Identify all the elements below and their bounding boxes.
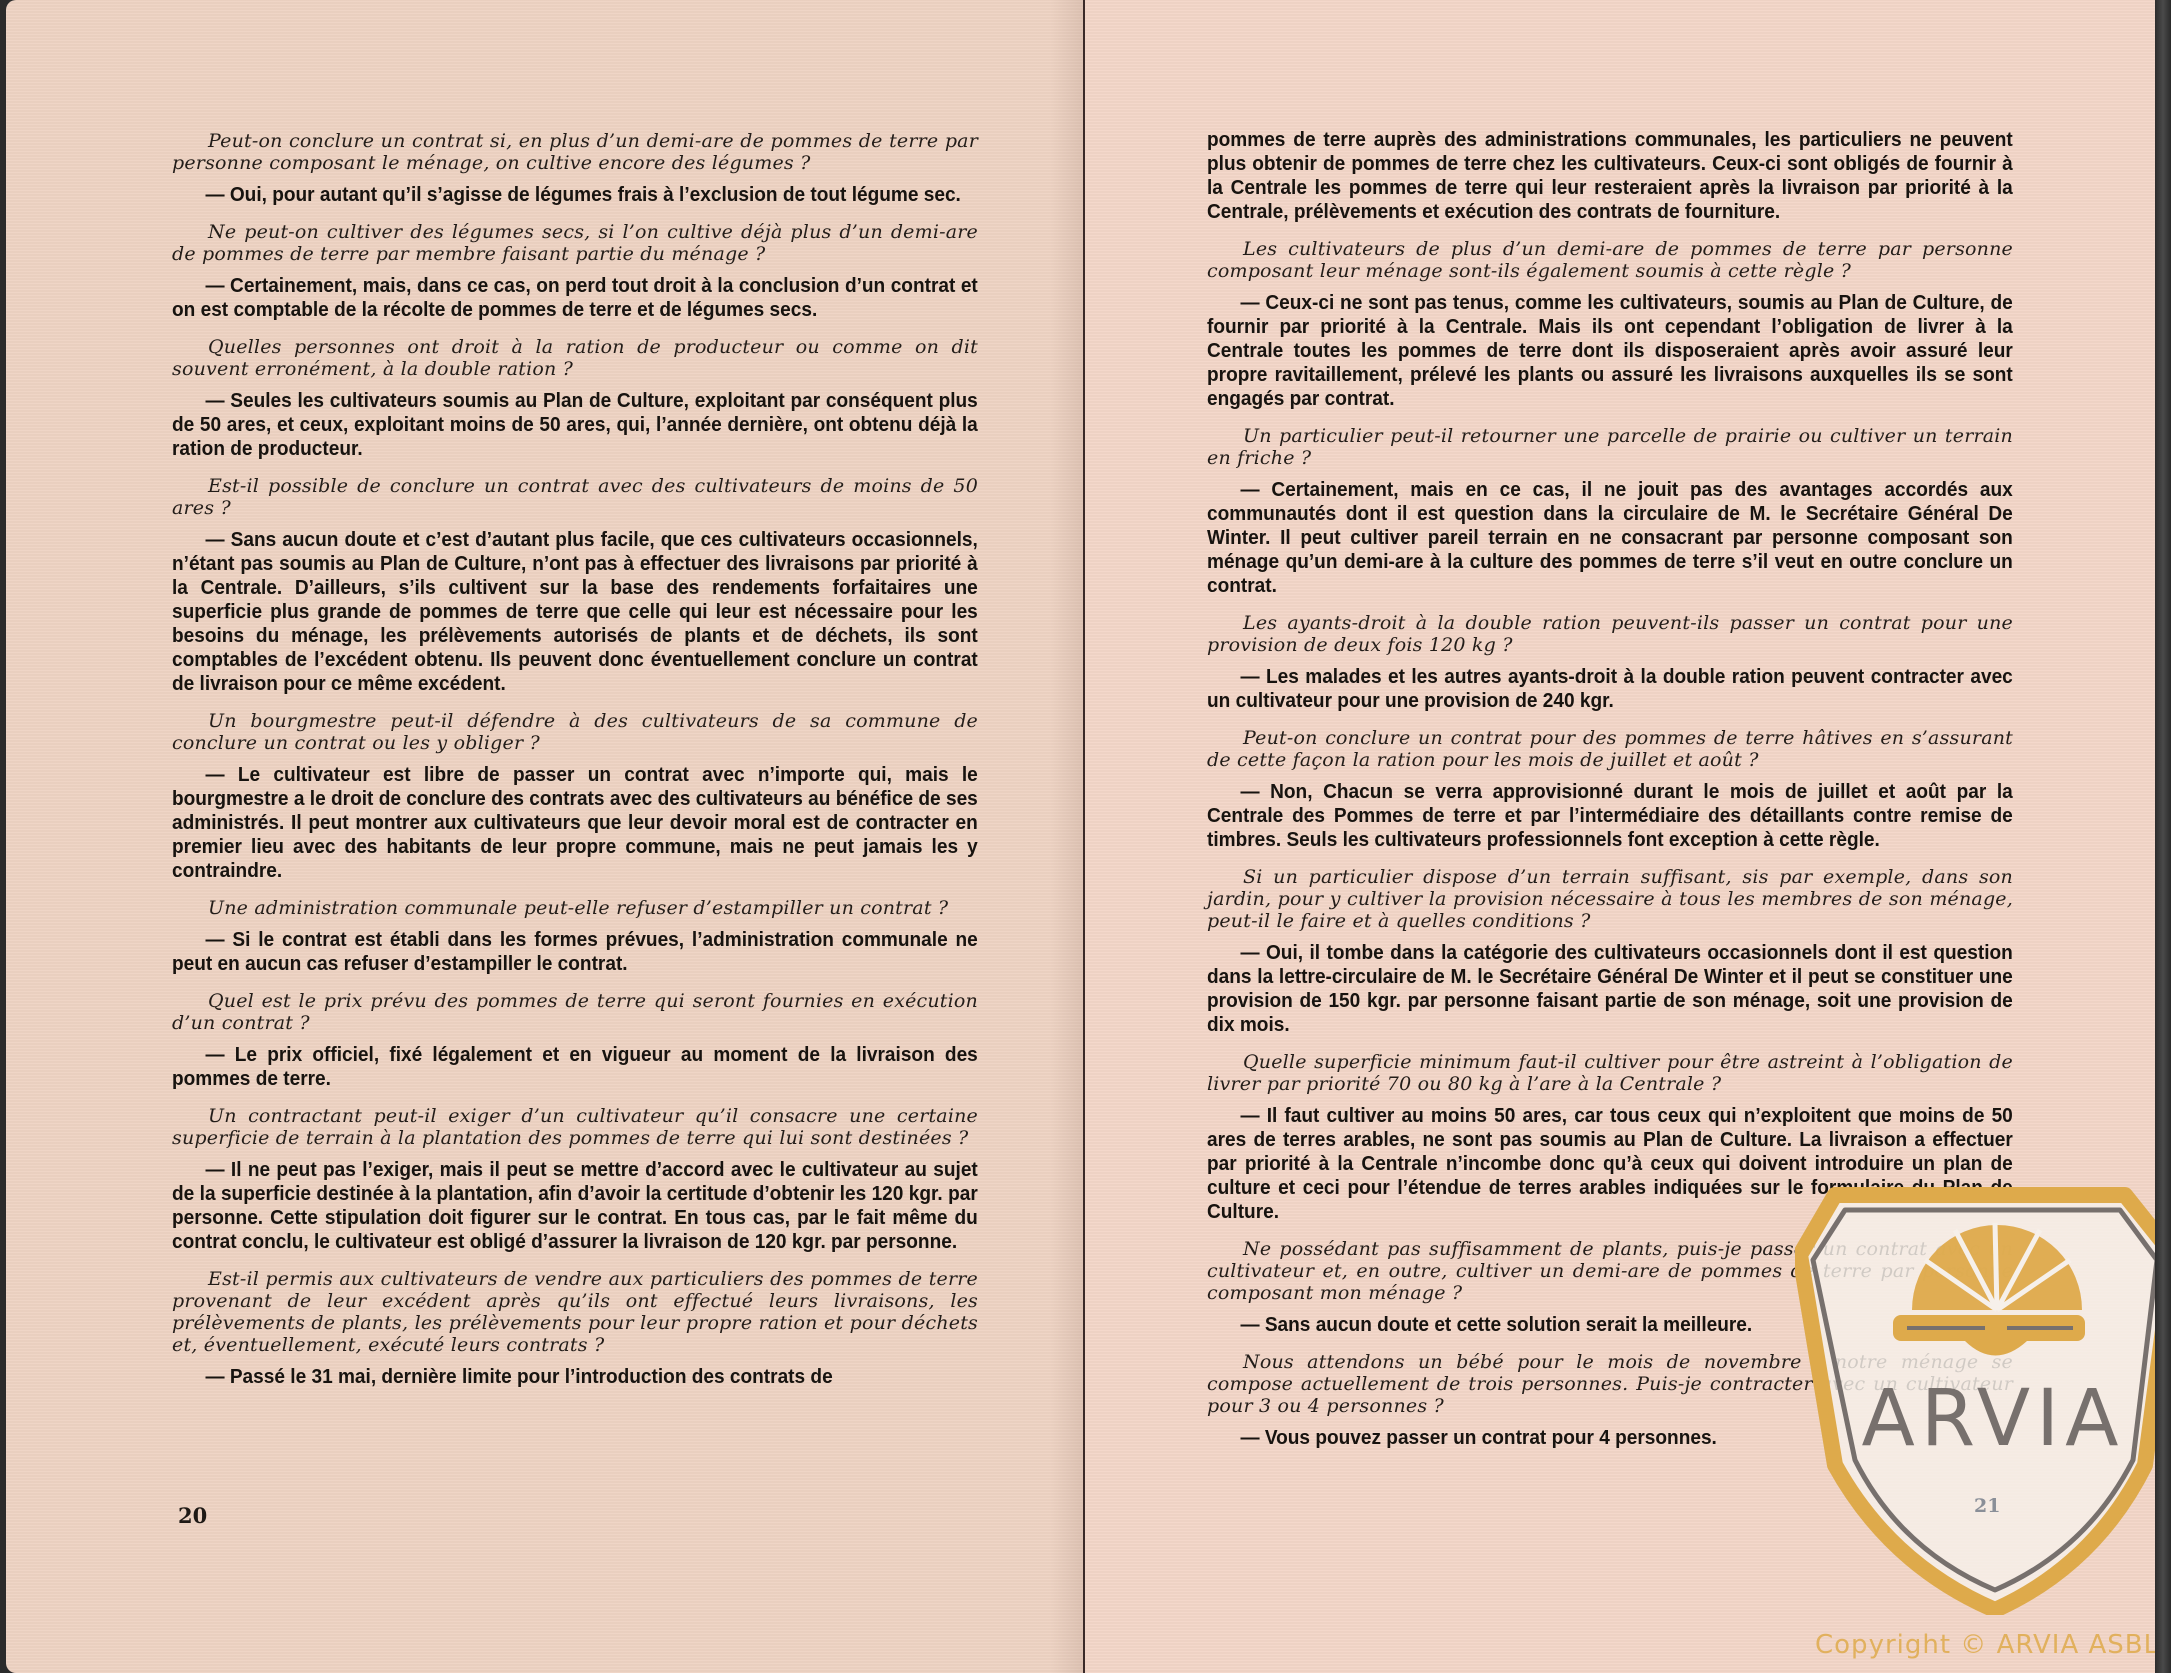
answer-text: — Non, Chacun se verra approvisionné dur…: [1207, 780, 2013, 852]
answer-text: — Le cultivateur est libre de passer un …: [172, 763, 978, 883]
continued-answer: pommes de terre auprès des administratio…: [1207, 128, 2013, 224]
question-text: Est-il permis aux cultivateurs de vendre…: [172, 1268, 978, 1356]
question-text: Quelle superficie minimum faut-il cultiv…: [1207, 1051, 2013, 1095]
question-text: Un bourgmestre peut-il défendre à des cu…: [172, 710, 978, 754]
answer-text: — Passé le 31 mai, dernière limite pour …: [172, 1365, 978, 1389]
question-text: Est-il possible de conclure un contrat a…: [172, 475, 978, 519]
answer-text: — Vous pouvez passer un contrat pour 4 p…: [1207, 1426, 2013, 1450]
book-spine: [1050, 0, 1083, 1673]
question-text: Les cultivateurs de plus d’un demi-are d…: [1207, 238, 2013, 282]
answer-text: — Si le contrat est établi dans les form…: [172, 928, 978, 976]
question-text: Ne possédant pas suffisamment de plants,…: [1207, 1238, 2013, 1304]
answer-text: — Sans aucun doute et c’est d’autant plu…: [172, 528, 978, 696]
question-text: Peut-on conclure un contrat si, en plus …: [172, 130, 978, 174]
question-text: Les ayants-droit à la double ration peuv…: [1207, 612, 2013, 656]
left-page-text: Peut-on conclure un contrat si, en plus …: [172, 130, 978, 1403]
question-text: Un particulier peut-il retourner une par…: [1207, 425, 2013, 469]
answer-text: — Sans aucun doute et cette solution ser…: [1207, 1313, 2013, 1337]
right-page: pommes de terre auprès des administratio…: [1083, 0, 2155, 1673]
answer-text: — Il faut cultiver au moins 50 ares, car…: [1207, 1104, 2013, 1224]
right-page-text: pommes de terre auprès des administratio…: [1207, 128, 2013, 1464]
answer-text: — Oui, il tombe dans la catégorie des cu…: [1207, 941, 2013, 1037]
copyright-notice: Copyright © ARVIA ASBL: [1815, 1630, 2159, 1660]
page-number-left: 20: [178, 1503, 207, 1528]
question-text: Une administration communale peut-elle r…: [172, 897, 978, 919]
question-text: Peut-on conclure un contrat pour des pom…: [1207, 727, 2013, 771]
question-text: Ne peut-on cultiver des légumes secs, si…: [172, 221, 978, 265]
answer-text: — Ceux-ci ne sont pas tenus, comme les c…: [1207, 291, 2013, 411]
question-text: Quelles personnes ont droit à la ration …: [172, 336, 978, 380]
left-page: Peut-on conclure un contrat si, en plus …: [6, 0, 1083, 1673]
answer-text: — Certainement, mais, dans ce cas, on pe…: [172, 274, 978, 322]
answer-text: — Certainement, mais en ce cas, il ne jo…: [1207, 478, 2013, 598]
answer-text: — Seules les cultivateurs soumis au Plan…: [172, 389, 978, 461]
question-text: Nous attendons un bébé pour le mois de n…: [1207, 1351, 2013, 1417]
page-number-right: 21: [1974, 1495, 2000, 1517]
question-text: Si un particulier dispose d’un terrain s…: [1207, 866, 2013, 932]
answer-text: — Le prix officiel, fixé légalement et e…: [172, 1043, 978, 1091]
answer-text: — Les malades et les autres ayants-droit…: [1207, 665, 2013, 713]
answer-text: — Il ne peut pas l’exiger, mais il peut …: [172, 1158, 978, 1254]
question-text: Un contractant peut-il exiger d’un culti…: [172, 1105, 978, 1149]
question-text: Quel est le prix prévu des pommes de ter…: [172, 990, 978, 1034]
answer-text: — Oui, pour autant qu’il s’agisse de lég…: [172, 183, 978, 207]
scanner-edge: [2155, 0, 2171, 1673]
